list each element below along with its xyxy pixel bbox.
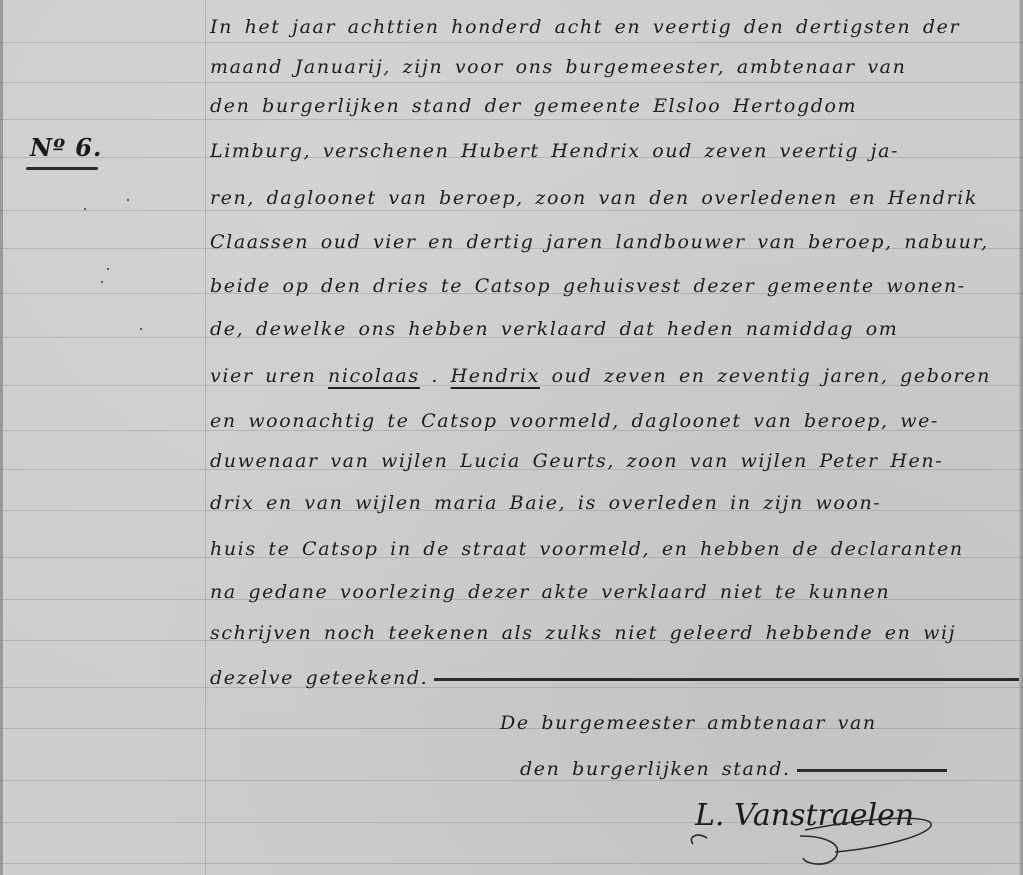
- ink-speck: [107, 268, 109, 270]
- margin-rule: [205, 0, 206, 875]
- record-line-11: duwenaar van wijlen Lucia Geurts, zoon v…: [210, 450, 1018, 472]
- ruled-line: [0, 780, 1023, 781]
- record-line-13: huis te Catsop in de straat voormeld, en…: [210, 538, 1018, 560]
- name-separator: .: [420, 365, 451, 387]
- final-body-text: dezelve geteekend.: [210, 667, 428, 689]
- closing-filler-rule: [797, 769, 947, 772]
- deceased-first-name: nicolaas: [328, 365, 420, 387]
- record-line-4: Limburg, verschenen Hubert Hendrix oud z…: [210, 140, 1018, 162]
- record-line-6: Claassen oud vier en dertig jaren landbo…: [210, 231, 1018, 253]
- scanned-record-page: Nº 6. In het jaar achttien honderd acht …: [0, 0, 1023, 875]
- closing-title-line-2: den burgerlijken stand.: [520, 758, 947, 780]
- record-line-1: In het jaar achttien honderd acht en vee…: [210, 16, 1018, 38]
- record-line-7: beide op den dries te Catsop gehuisvest …: [210, 275, 1018, 297]
- record-line-2: maand Januarij, zijn voor ons burgemeest…: [210, 56, 1018, 78]
- ink-speck: [84, 208, 86, 210]
- line-filler-rule: [434, 678, 1019, 681]
- ruled-line: [0, 82, 1023, 83]
- line-text-after-name: oud zeven en zeventig jaren, geboren: [540, 365, 991, 387]
- ruled-line: [0, 119, 1023, 120]
- page-right-edge: [1019, 0, 1023, 875]
- deceased-last-name: Hendrix: [451, 365, 540, 387]
- closing-title-line-1: De burgemeester ambtenaar van: [500, 712, 877, 734]
- record-line-3: den burgerlijken stand der gemeente Elsl…: [210, 95, 1018, 117]
- record-line-10: en woonachtig te Catsop voormeld, dagloo…: [210, 410, 1018, 432]
- record-line-5: ren, dagloonet van beroep, zoon van den …: [210, 187, 1018, 209]
- ink-speck: [101, 281, 103, 283]
- ink-speck: [127, 199, 129, 201]
- ruled-line: [0, 42, 1023, 43]
- record-line-16: dezelve geteekend.: [210, 667, 1018, 689]
- record-line-15: schrijven noch teekenen als zulks niet g…: [210, 622, 1018, 644]
- signature-flourish-icon: [685, 792, 945, 872]
- record-line-12: drix en van wijlen maria Baie, is overle…: [210, 492, 1018, 514]
- page-left-edge: [0, 0, 3, 875]
- record-number: Nº 6.: [30, 133, 102, 162]
- closing-title-text: den burgerlijken stand.: [520, 758, 791, 780]
- ruled-line: [0, 210, 1023, 211]
- ink-speck: [140, 328, 142, 330]
- signature: L. Vanstraelen: [685, 792, 945, 872]
- record-line-8: de, dewelke ons hebben verklaard dat hed…: [210, 318, 1018, 340]
- record-number-underline: [26, 167, 98, 170]
- line-text-before-name: vier uren: [210, 365, 328, 387]
- record-line-9: vier uren nicolaas . Hendrix oud zeven e…: [210, 365, 1018, 387]
- record-line-14: na gedane voorlezing dezer akte verklaar…: [210, 581, 1018, 603]
